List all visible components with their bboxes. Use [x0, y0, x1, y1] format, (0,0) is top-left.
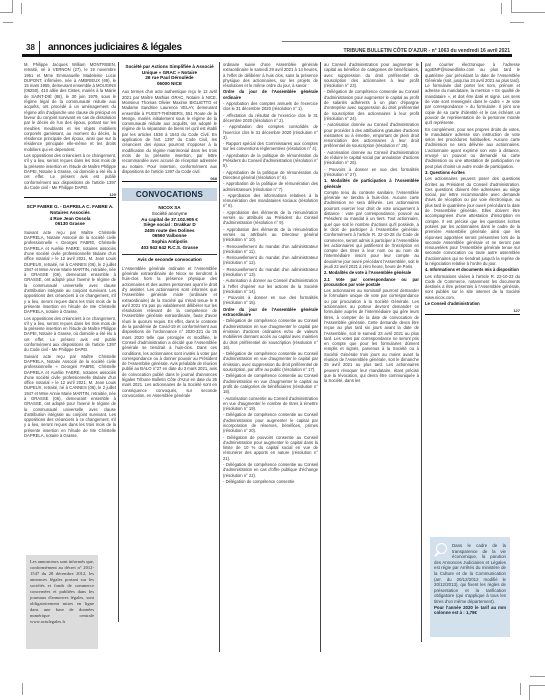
section-heading: 4. Informations et documents mis à dispo… — [425, 267, 520, 272]
agenda-item: - Délégation de compétence consentie au … — [223, 462, 318, 478]
column-divider — [320, 62, 321, 652]
column-3: ordinaire suivie d'une Assemblée général… — [223, 62, 318, 652]
header-rule — [22, 54, 512, 57]
agenda-item: - Autorisation à donner au Conseil d'adm… — [223, 278, 318, 294]
agenda-heading: Ordre du jour de l'Assemblée générale ex… — [223, 307, 318, 318]
section-text: Les actionnaires au nominatif pourront d… — [324, 288, 419, 383]
announcement-text: Les oppositions des créanciers à ce chan… — [24, 153, 116, 190]
company-rcs: 403 942 642 R.C.S. Grasse — [122, 245, 217, 251]
agenda-item: - Autorisation donnée au Conseil d'admin… — [324, 150, 419, 166]
section-heading: 3. Questions écrites — [425, 170, 520, 175]
legal-notice-info-box: Les annonceurs sont informés que, confor… — [26, 555, 98, 649]
company-name: Société par Actions Simplifiée à Associé… — [122, 64, 217, 75]
crop-mark-tl-h2 — [3, 22, 13, 23]
section-title: annonces judiciaires & légales — [48, 42, 182, 53]
section-text: Compte tenu du contexte sanitaire, l'Ass… — [324, 190, 419, 269]
crop-mark-bl-v — [22, 683, 23, 695]
tarif-highlight: Pour l'année 2020 le tarif au mm colonne… — [434, 605, 506, 616]
agenda-item: - Délégation de pouvoirs consentie au Co… — [223, 435, 318, 461]
header-divider — [39, 41, 40, 54]
column-divider — [219, 62, 220, 652]
crop-mark-tl-v — [12, 0, 13, 13]
column-1: M. Philippe Jacques William MONTRIBEN, r… — [24, 62, 116, 547]
notice-title: Avis de seconde convocation — [122, 254, 217, 263]
crop-mark-br-v2 — [529, 685, 530, 700]
announcement-text: Aux termes d'un acte authentique reçu le… — [122, 89, 217, 174]
announcement-text: ordinaire suivie d'une Assemblée général… — [223, 62, 318, 88]
agenda-item: - Délégation de compétence consentie au … — [223, 351, 318, 372]
agenda-item: - Approbation de la politique de rémunér… — [223, 170, 318, 181]
company-city: 06000 NICE — [122, 81, 217, 87]
agenda-item: - Rapport spécial des Commissaires aux c… — [223, 141, 318, 152]
header-top-rule — [282, 41, 510, 42]
agenda-item: - Approbation des comptes consolidés de … — [223, 124, 318, 140]
announcement-text: Suivant acte reçu par Maître Christelle … — [24, 354, 116, 439]
agenda-item: au Conseil d'administration pour augment… — [324, 62, 419, 88]
column-divider — [118, 62, 119, 622]
agenda-item: - Renouvellement du mandat d'un administ… — [223, 267, 318, 278]
section-text: Les actionnaires peuvent poser des quest… — [425, 176, 520, 266]
crop-mark-tl-h — [0, 12, 12, 13]
section-heading: 2. Modalités de vote à l'Assemblée génér… — [324, 270, 419, 275]
announcement-text: Suivant acte reçu par Maître Christelle … — [24, 230, 116, 315]
agenda-item: - Délégation de compétence consentie — [223, 479, 318, 484]
crop-mark-br-v — [520, 683, 521, 695]
agenda-item: - Délégation de compétence consentie au … — [324, 89, 419, 121]
crop-mark-tr-v — [511, 0, 512, 13]
page-number: 38 — [26, 43, 35, 52]
agenda-item: - Renouvellement du mandat d'un administ… — [223, 255, 318, 266]
agenda-item: - Approbation des comptes annuels de l'e… — [223, 101, 318, 112]
column-5-body: par courrier électronique à l'adresse ag… — [425, 62, 520, 502]
agenda-item: - Approbation de la politique de rémunér… — [223, 181, 318, 192]
announcement-text: M. Philippe Jacques William MONTRIBEN, r… — [24, 62, 116, 152]
info-box-text: Les annonceurs sont informés que, confor… — [30, 559, 94, 624]
crop-mark-tr-v2 — [501, 3, 502, 14]
crop-mark-br-h — [530, 685, 545, 686]
section-heading: 1. Modalités de participation à l'Assemb… — [324, 178, 419, 189]
convocations-banner: CONVOCATIONS — [122, 188, 217, 201]
announcement-text: Les oppositions des créanciers à ce chan… — [24, 316, 116, 353]
agenda-item: - Délégation de compétence consentie au … — [223, 412, 318, 433]
agenda-heading: Ordre du jour de l'Assemblée générale or… — [223, 89, 318, 100]
page-header: 38 annonces judiciaires & légales TRIBUN… — [22, 41, 522, 57]
crop-mark-br-h2 — [530, 676, 545, 677]
magnifier-icon — [434, 543, 449, 558]
agenda-item: - Approbation des informations relatives… — [223, 193, 318, 209]
announcement-ref: 068 — [122, 176, 217, 182]
agenda-item: - Approbation des éléments de la rémunér… — [223, 210, 318, 226]
section-text: Les informations visées à l'article R. 2… — [425, 274, 520, 300]
announcement-title: SCP FABRE G. - DAPRELA C. FABRE A. Notai… — [24, 204, 116, 226]
column-2: Société par Actions Simplifiée à Associé… — [122, 62, 217, 652]
crop-mark-tr-h2 — [510, 22, 524, 23]
agenda-item: - Autorisation donnée au Conseil d'admin… — [324, 122, 419, 148]
agenda-item: - Renouvellement du mandat d'un administ… — [223, 244, 318, 255]
agenda-item: - Autorisation consentie au Conseil d'ad… — [223, 396, 318, 412]
column-4: au Conseil d'administration pour augment… — [324, 62, 419, 652]
company-block: NICOX SA Société anonyme Au capital de 3… — [122, 205, 217, 250]
crop-mark-tr-h — [512, 12, 545, 13]
announcement-ref: 127 — [425, 308, 520, 314]
agenda-item: - Pouvoirs à donner en vue des formalité… — [324, 167, 419, 178]
section-text: par courrier électronique à l'adresse ag… — [425, 62, 520, 126]
tarif-info-box: Dans le cadre de la transparence de la v… — [430, 537, 510, 637]
notary-city: 06130 Grasse — [24, 221, 116, 227]
section-heading: 2.1 Vote par correspondance ou par procu… — [324, 277, 419, 288]
agenda-item: - Approbation des éléments de la rémunér… — [223, 227, 318, 243]
agenda-item: - Affectation du résultat de l'exercice … — [223, 113, 318, 124]
announcement-ref: 120 — [24, 192, 116, 198]
column-divider — [421, 62, 422, 642]
section-text: En complément, pour ses propres droits d… — [425, 127, 520, 169]
agenda-item: - Pouvoirs à donner en vue des formalité… — [223, 295, 318, 306]
agenda-item: - Approbation de la politique de rémunér… — [223, 153, 318, 169]
agenda-item: - Délégation de compétence consentie au … — [223, 318, 318, 350]
signature: Le Conseil d'administration — [425, 301, 520, 306]
announcement-title: Société par Actions Simplifiée à Associé… — [122, 64, 217, 86]
crop-mark-tl-v2 — [21, 3, 22, 14]
announcement-text: L'Assemblée générale ordinaire et l'Asse… — [122, 266, 217, 398]
agenda-item: - Délégation de compétence consentie au … — [223, 373, 318, 394]
